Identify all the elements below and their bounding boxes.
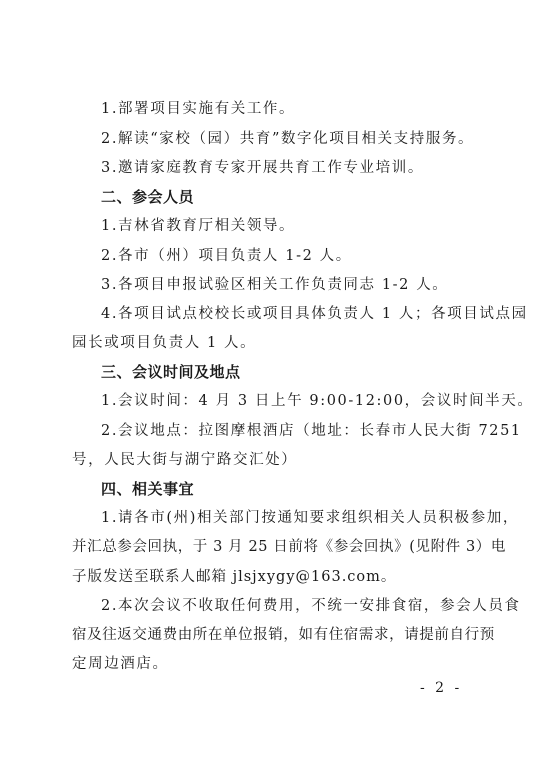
- attendee-item-1: 1.吉林省教育厅相关领导。: [101, 216, 468, 236]
- section-heading-time-place: 三、会议时间及地点: [101, 362, 468, 382]
- meeting-place: 2.会议地点：拉图摩根酒店（地址：长春市人民大街 7251: [101, 421, 468, 441]
- matter-item-2-end: 定周边酒店。: [72, 654, 468, 674]
- matter-item-1-email: 子版发送至联系人邮箱 jlsjxygy@163.com。: [72, 567, 468, 587]
- section-heading-related-matters: 四、相关事宜: [101, 479, 468, 499]
- matter-item-2-cont: 宿及往返交通费由所在单位报销，如有住宿需求，请提前自行预: [72, 625, 468, 645]
- page-number: - 2 -: [420, 680, 462, 696]
- attendee-item-4: 4.各项目试点校校长或项目具体负责人 1 人；各项目试点园: [101, 304, 468, 324]
- attendee-item-4-cont: 园长或项目负责人 1 人。: [72, 333, 468, 353]
- section-heading-attendees: 二、参会人员: [101, 187, 468, 207]
- meeting-place-cont: 号，人民大街与湖宁路交汇处）: [72, 450, 468, 470]
- attendee-item-2: 2.各市（州）项目负责人 1-2 人。: [101, 246, 468, 266]
- attendee-item-3: 3.各项目申报试验区相关工作负责同志 1-2 人。: [101, 275, 468, 295]
- matter-item-1-cont: 并汇总参会回执，于 3 月 25 日前将《参会回执》(见附件 3）电: [72, 537, 468, 557]
- agenda-item-1: 1.部署项目实施有关工作。: [101, 99, 468, 119]
- agenda-item-2: 2.解读“家校（园）共育”数字化项目相关支持服务。: [101, 129, 468, 149]
- meeting-time: 1.会议时间：4 月 3 日上午 9:00-12:00，会议时间半天。: [101, 391, 468, 411]
- document-page: 1.部署项目实施有关工作。 2.解读“家校（园）共育”数字化项目相关支持服务。 …: [0, 0, 536, 758]
- matter-item-2: 2.本次会议不收取任何费用，不统一安排食宿，参会人员食: [101, 596, 468, 616]
- matter-item-1: 1.请各市(州)相关部门按通知要求组织相关人员积极参加，: [101, 508, 468, 528]
- agenda-item-3: 3.邀请家庭教育专家开展共育工作专业培训。: [101, 158, 468, 178]
